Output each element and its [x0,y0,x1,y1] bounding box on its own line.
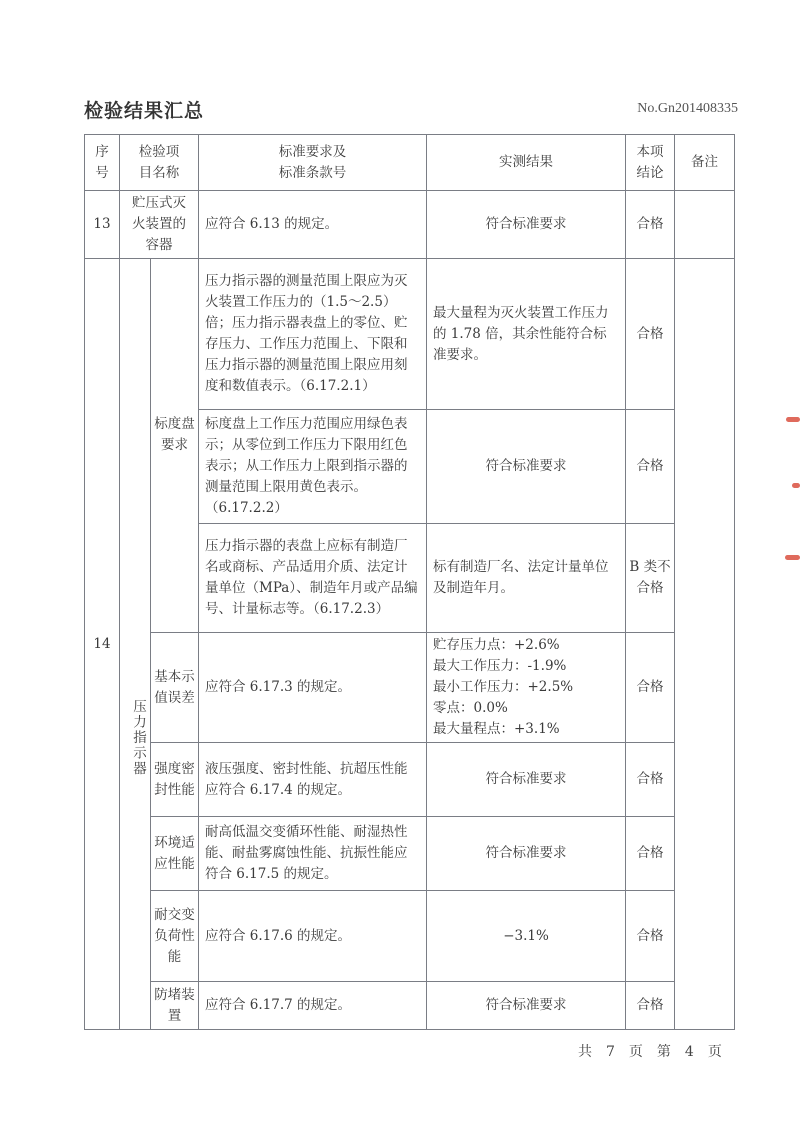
document-number: No.Gn201408335 [637,101,738,117]
conclusion-cell: 合格 [626,817,675,891]
subitem-cell: 耐交变负荷性能 [151,891,199,982]
subitem-cell: 防堵装置 [151,982,199,1030]
conclusion-cell: 合格 [626,891,675,982]
result-cell: 符合标准要求 [427,982,626,1030]
subitem-cell: 基本示值误差 [151,633,199,743]
inspection-results-table: 序 号 检验项 目名称 标准要求及 标准条款号 实测结果 本项 结论 备注 13… [84,134,735,1030]
page-title: 检验结果汇总 [84,96,204,123]
conclusion-cell: 合格 [626,633,675,743]
subitem-cell: 强度密封性能 [151,743,199,817]
result-cell: 最大量程为灭火装置工作压力的 1.78 倍，其余性能符合标准要求。 [427,259,626,410]
col-header-conclusion: 本项 结论 [626,135,675,191]
page-footer: 共7页第4页 [578,1041,736,1061]
total-pages: 7 [606,1044,615,1060]
result-line: 零点：0.0% [433,698,619,719]
table-row-14-6-17-5: 环境适应性能 耐高低温交变循环性能、耐湿热性能、耐盐雾腐蚀性能、抗振性能应符合 … [85,817,735,891]
col-header-standard: 标准要求及 标准条款号 [199,135,427,191]
standard-cell: 应符合 6.17.7 的规定。 [199,982,427,1030]
remarks-cell [675,191,735,259]
result-line: 贮存压力点：+2.6% [433,635,619,656]
result-cell: 标有制造厂名、法定计量单位及制造年月。 [427,524,626,633]
subitem-cell: 环境适应性能 [151,817,199,891]
table-row-14-6-17-6: 耐交变负荷性能 应符合 6.17.6 的规定。 −3.1% 合格 [85,891,735,982]
header-row: 序 号 检验项 目名称 标准要求及 标准条款号 实测结果 本项 结论 备注 [85,135,735,191]
standard-cell: 应符合 6.17.6 的规定。 [199,891,427,982]
seq-cell: 14 [85,259,120,1030]
conclusion-cell: 合格 [626,410,675,524]
result-cell: 符合标准要求 [427,410,626,524]
result-cell: −3.1% [427,891,626,982]
table-row-14-6-17-3: 基本示值误差 应符合 6.17.3 的规定。 贮存压力点：+2.6% 最大工作压… [85,633,735,743]
result-cell: 符合标准要求 [427,743,626,817]
result-line: 最大工作压力：-1.9% [433,656,619,677]
conclusion-cell: 合格 [626,982,675,1030]
conclusion-cell: B 类不合格 [626,524,675,633]
subitem-cell: 标度盘要求 [151,259,199,633]
result-cell: 符合标准要求 [427,817,626,891]
red-seal-stamp-fragment [778,395,800,575]
result-cell: 符合标准要求 [427,191,626,259]
table-row-14-6-17-7: 防堵装置 应符合 6.17.7 的规定。 符合标准要求 合格 [85,982,735,1030]
conclusion-cell: 合格 [626,259,675,410]
standard-cell: 应符合 6.17.3 的规定。 [199,633,427,743]
seq-cell: 13 [85,191,120,259]
item-cell: 贮压式灭火装置的容器 [120,191,199,259]
table-row-13: 13 贮压式灭火装置的容器 应符合 6.13 的规定。 符合标准要求 合格 [85,191,735,259]
col-header-seq: 序 号 [85,135,120,191]
standard-cell: 压力指示器的表盘上应标有制造厂名或商标、产品适用介质、法定计量单位（MPa）、制… [199,524,427,633]
table-row-14-6-17-2-1: 14 压力指示器 标度盘要求 压力指示器的测量范围上限应为灭火装置工作压力的（1… [85,259,735,410]
standard-cell: 标度盘上工作压力范围应用绿色表示；从零位到工作压力下限用红色表示；从工作压力上限… [199,410,427,524]
col-header-item: 检验项 目名称 [120,135,199,191]
result-line: 最小工作压力：+2.5% [433,677,619,698]
result-cell: 贮存压力点：+2.6% 最大工作压力：-1.9% 最小工作压力：+2.5% 零点… [427,633,626,743]
conclusion-cell: 合格 [626,191,675,259]
result-line: 最大量程点：+3.1% [433,719,619,740]
standard-cell: 应符合 6.13 的规定。 [199,191,427,259]
remarks-cell [675,259,735,1030]
table-row-14-6-17-4: 强度密封性能 液压强度、密封性能、抗超压性能应符合 6.17.4 的规定。 符合… [85,743,735,817]
item-cell: 压力指示器 [120,259,151,1030]
col-header-result: 实测结果 [427,135,626,191]
standard-cell: 液压强度、密封性能、抗超压性能应符合 6.17.4 的规定。 [199,743,427,817]
standard-cell: 压力指示器的测量范围上限应为灭火装置工作压力的（1.5～2.5）倍；压力指示器表… [199,259,427,410]
conclusion-cell: 合格 [626,743,675,817]
standard-cell: 耐高低温交变循环性能、耐湿热性能、耐盐雾腐蚀性能、抗振性能应符合 6.17.5 … [199,817,427,891]
current-page: 4 [685,1044,694,1060]
col-header-remarks: 备注 [675,135,735,191]
